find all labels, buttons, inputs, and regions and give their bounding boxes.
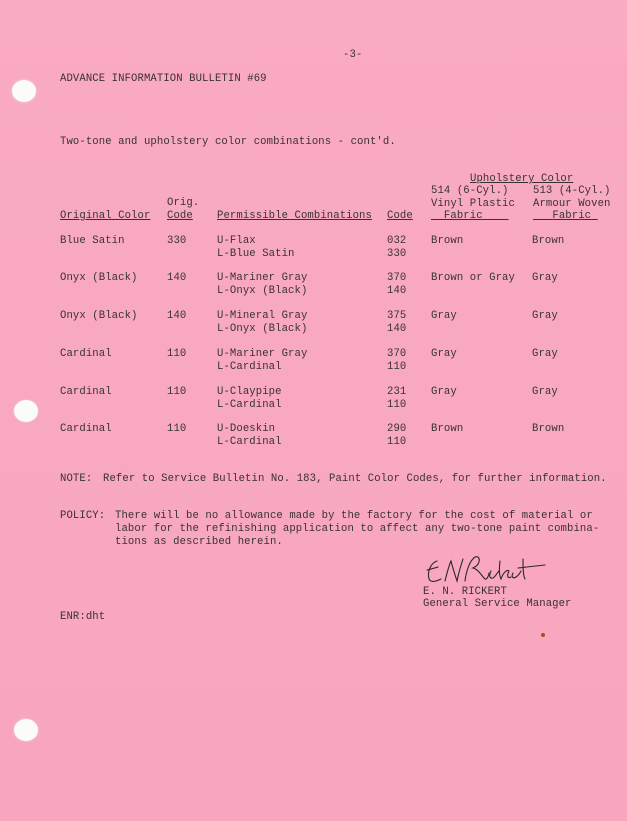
signature-scribble: E. N. Rickert [423, 553, 548, 587]
code-header: Code [387, 210, 413, 223]
orig-code-cell: 110 [167, 423, 186, 436]
original-color-cell: Onyx (Black) [60, 310, 138, 323]
bulletin-page: -3- ADVANCE INFORMATION BULLETIN #69 Two… [0, 0, 627, 821]
orig-code-cell: 140 [167, 310, 186, 323]
lower-code-cell: 140 [387, 323, 406, 336]
ink-speck [541, 633, 545, 637]
orig-code-header: Code [167, 210, 193, 223]
orig-code-cell: 330 [167, 235, 186, 248]
upper-code-cell: 370 [387, 272, 406, 285]
upper-color-cell: U-Mariner Gray [217, 272, 307, 285]
bulletin-title: ADVANCE INFORMATION BULLETIN #69 [60, 73, 267, 86]
vinyl-fabric-cell: Brown [431, 423, 463, 436]
vinyl-fabric-cell: Gray [431, 386, 457, 399]
upper-color-cell: U-Doeskin [217, 423, 275, 436]
original-color-cell: Cardinal [60, 348, 112, 361]
binder-hole [14, 719, 38, 741]
upper-color-cell: U-Mineral Gray [217, 310, 307, 323]
armour-fabric-cell: Brown [532, 235, 564, 248]
armour-fabric-cell: Gray [532, 348, 558, 361]
orig-code-cell: 140 [167, 272, 186, 285]
col514-line1: 514 (6-Cyl.) [431, 185, 509, 198]
upper-code-cell: 375 [387, 310, 406, 323]
col514-line3: Fabric [431, 210, 509, 223]
original-color-cell: Cardinal [60, 423, 112, 436]
vinyl-fabric-cell: Gray [431, 348, 457, 361]
upper-color-cell: U-Flax [217, 235, 256, 248]
lower-code-cell: 330 [387, 248, 406, 261]
armour-fabric-cell: Gray [532, 272, 558, 285]
orig-code-cell: 110 [167, 386, 186, 399]
lower-color-cell: L-Cardinal [217, 436, 282, 449]
lower-code-cell: 140 [387, 285, 406, 298]
note-text: Refer to Service Bulletin No. 183, Paint… [103, 473, 607, 486]
lower-color-cell: L-Cardinal [217, 399, 282, 412]
lower-color-cell: L-Onyx (Black) [217, 323, 307, 336]
col513-line1: 513 (4-Cyl.) [533, 185, 611, 198]
col513-line3: Fabric [533, 210, 598, 223]
lower-color-cell: L-Onyx (Black) [217, 285, 307, 298]
upper-code-cell: 370 [387, 348, 406, 361]
policy-line: There will be no allowance made by the f… [115, 510, 593, 523]
binder-hole [14, 400, 38, 422]
upper-code-cell: 290 [387, 423, 406, 436]
binder-hole [12, 80, 36, 102]
orig-code-header-top: Orig. [167, 197, 199, 210]
armour-fabric-cell: Brown [532, 423, 564, 436]
signatory-title: General Service Manager [423, 598, 572, 611]
original-color-header: Original Color [60, 210, 150, 223]
intro-text: Two-tone and upholstery color combinatio… [60, 136, 396, 149]
vinyl-fabric-cell: Brown or Gray [431, 272, 515, 285]
upper-code-cell: 032 [387, 235, 406, 248]
orig-code-cell: 110 [167, 348, 186, 361]
original-color-cell: Blue Satin [60, 235, 125, 248]
policy-line: labor for the refinishing application to… [115, 523, 599, 536]
upper-color-cell: U-Claypipe [217, 386, 282, 399]
policy-label: POLICY: [60, 510, 105, 523]
upper-code-cell: 231 [387, 386, 406, 399]
page-number: -3- [343, 49, 362, 62]
armour-fabric-cell: Gray [532, 310, 558, 323]
lower-color-cell: L-Cardinal [217, 361, 282, 374]
original-color-cell: Cardinal [60, 386, 112, 399]
vinyl-fabric-cell: Brown [431, 235, 463, 248]
typist-initials: ENR:dht [60, 611, 105, 624]
combinations-header: Permissible Combinations [217, 210, 372, 223]
vinyl-fabric-cell: Gray [431, 310, 457, 323]
lower-code-cell: 110 [387, 399, 406, 412]
lower-code-cell: 110 [387, 436, 406, 449]
original-color-cell: Onyx (Black) [60, 272, 138, 285]
note-label: NOTE: [60, 473, 92, 486]
lower-color-cell: L-Blue Satin [217, 248, 295, 261]
upper-color-cell: U-Mariner Gray [217, 348, 307, 361]
lower-code-cell: 110 [387, 361, 406, 374]
armour-fabric-cell: Gray [532, 386, 558, 399]
policy-line: tions as described herein. [115, 536, 283, 549]
